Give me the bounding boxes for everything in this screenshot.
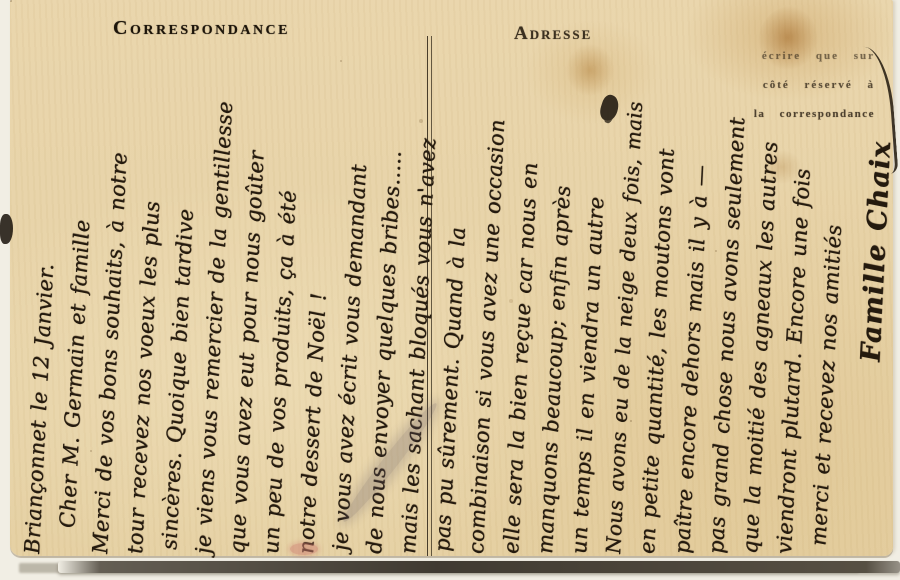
scan-background: Correspondance Adresse écrire que sur cô… bbox=[0, 0, 900, 580]
postcard: Correspondance Adresse écrire que sur cô… bbox=[10, 0, 893, 556]
handwritten-letter: Briançonnet le 12 Janvier.Cher M. Germai… bbox=[20, 2, 876, 554]
divider-line bbox=[427, 36, 432, 556]
paper-specks bbox=[10, 0, 12, 2]
scan-shadow bbox=[58, 561, 900, 573]
